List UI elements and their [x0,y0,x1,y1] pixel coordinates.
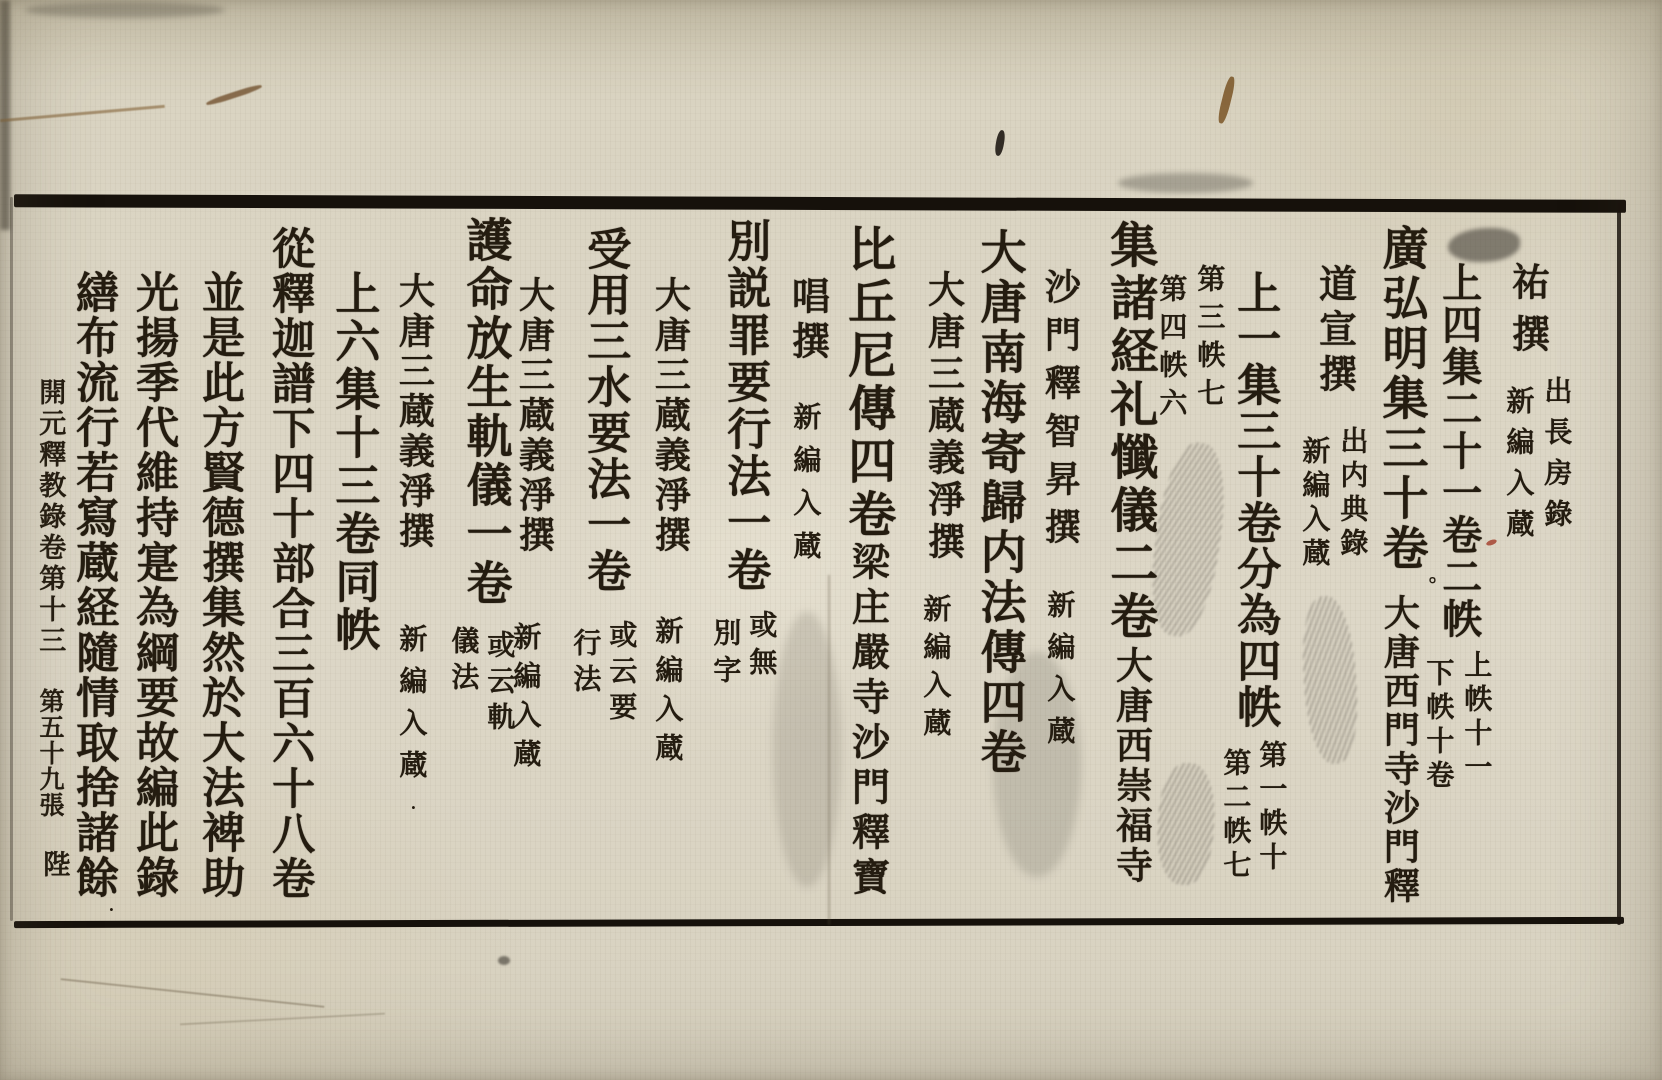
column-21-main: 並是此方賢德撰集然於大法裨助 [196,270,244,900]
column-13-note-left: 別字 [710,618,741,692]
twig-fleck [1216,76,1236,125]
page-frame-left [10,197,13,921]
column-6-note-right: 第三帙七 [1194,264,1225,416]
column-24-sheet-number: 第五十九張 [36,688,64,818]
column-4-sub: 道宣撰 [1313,264,1356,399]
column-13-note-right: 或無 [746,610,777,684]
page-frame-right [1617,203,1621,925]
column-16-sub: 大唐三蔵義淨撰 [514,276,554,556]
column-4-note-left: 新編入蔵 [1299,436,1330,572]
column-17-note-left: 儀法 [448,626,479,698]
column-10-small: 新編入蔵 [920,594,951,746]
column-5-main: 上一集三十卷分為四帙 [1230,270,1279,730]
column-18-punct: · [404,798,422,817]
bottom-crease-1 [61,978,325,1008]
manuscript-page: 祐撰出長房錄新編入蔵上四集二十一卷二帙上帙十一下帙十卷廣弘明集三十卷。大唐西門寺… [0,0,1662,1080]
column-3-sub: 大唐西門寺沙門釋 [1379,594,1419,906]
column-18-small: 新編入蔵 [396,624,427,792]
column-23-main: 繕布流行若寫蔵経隨情取捨諸餘 [70,270,118,900]
column-1-sub: 祐撰 [1506,262,1549,366]
column-1-note-left: 新編入蔵 [1503,386,1534,550]
ink-squiggle [994,130,1006,157]
page-frame-top [14,194,1626,213]
column-7-sub: 大唐西崇福寺 [1110,646,1151,886]
smudge-top-col2 [1448,228,1520,262]
column-23-punct: · [102,900,120,919]
column-5-note-left: 第二帙七 [1220,748,1251,884]
column-17-main: 護命放生軌儀一卷 [460,216,512,608]
column-14-sub: 大唐三蔵義淨撰 [650,276,690,556]
column-7-main: 集諸経礼懺儀二卷 [1102,220,1156,644]
column-10-sub: 大唐三蔵義淨撰 [922,270,963,564]
column-8-small: 新編入蔵 [1044,590,1075,758]
fiber-line [0,105,165,122]
page-frame-bottom [14,917,1624,928]
ink-smudge-3 [1155,762,1217,887]
ink-dot [498,956,510,965]
column-19-main: 上六集十三卷同帙 [328,270,378,654]
column-22-main: 光揚季代維持寔為綱要故編此錄 [130,270,178,900]
gray-blotch-2 [773,612,841,887]
column-11-sub: 梁庄嚴寺沙門釋寶 [846,542,889,902]
smudge-above-frame [1118,173,1253,193]
column-3-punct: 。 [1414,576,1436,596]
paper-edge-smudge [0,0,10,230]
column-8-sub: 沙門釋智昇撰 [1040,268,1080,556]
column-14-small: 新編入蔵 [652,616,683,772]
column-13-main: 別説罪要行法一卷 [720,218,769,594]
red-speck [1485,538,1497,546]
column-6-note-left: 第四帙六 [1156,274,1187,426]
column-24-case-mark: 陛 [38,850,68,877]
column-12-small: 新編入蔵 [790,402,821,574]
fiber-line-2 [205,83,262,107]
column-2-main: 上四集二十一卷二帙 [1436,262,1481,640]
fold-crease [828,575,830,925]
column-15-main: 受用三水要法一卷 [580,226,629,594]
column-2-note-right: 上帙十一 [1461,650,1492,786]
column-17-note-right: 或云軌 [484,630,515,738]
column-15-note-right: 或云要 [606,620,637,728]
column-18-sub: 大唐三蔵義淨撰 [394,272,434,552]
column-11-main: 比丘尼傳四卷 [840,224,894,542]
bottom-crease-2 [180,1013,385,1026]
column-24-volume-title: 開元釋教錄卷第十三 [34,378,64,657]
column-2-note-left: 下帙十卷 [1423,658,1454,794]
column-15-note-left: 行法 [570,628,601,700]
column-1-note-right: 出長房錄 [1541,376,1572,540]
column-9-main: 大唐南海寄歸内法傳四卷 [974,228,1026,778]
column-3-main: 廣弘明集三十卷 [1376,224,1428,574]
column-5-note-right: 第一帙十 [1256,740,1287,876]
ink-smudge-2 [1298,594,1362,765]
column-12-sub: 唱撰 [786,276,829,366]
column-20-main: 從釋迦譜下四十部合三百六十八卷 [266,226,314,901]
top-edge-streak [25,2,225,18]
column-4-note-right: 出内典錄 [1337,426,1368,562]
